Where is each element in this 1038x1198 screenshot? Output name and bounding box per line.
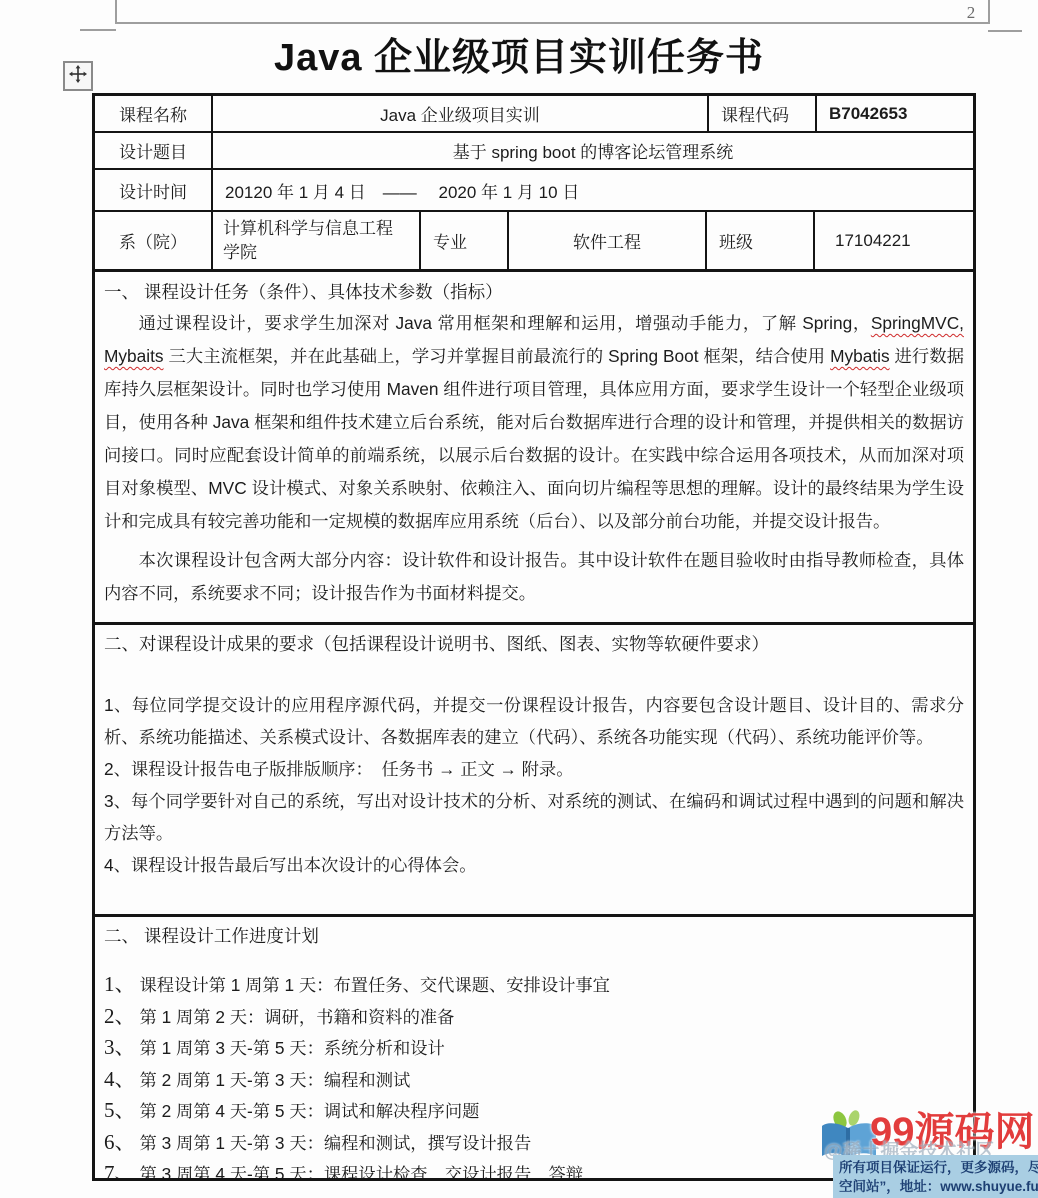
schedule-item-text: 第 1 周第 2 天：调研，书籍和资料的准备 [140,1007,455,1027]
class-label: 班级 [705,212,813,269]
schedule-item-number: 3、 [104,1035,136,1059]
schedule-item-text: 第 2 周第 1 天-第 3 天：编程和测试 [140,1070,411,1090]
watermark-block: 99源码网 @稀土掘金技术社区 所有项目保证运行，更多源码，尽在“源码 空间站”… [818,1098,1038,1198]
schedule-item-number: 5、 [104,1098,136,1122]
schedule-item-text: 第 3 周第 1 天-第 3 天：编程和测试，撰写设计报告 [140,1133,532,1153]
design-time-value: 20120 年 1 月 4 日 —— 2020 年 1 月 10 日 [211,170,973,210]
page-boundary-line-right-vertical [988,0,990,24]
schedule-item: 4、第 2 周第 1 天-第 3 天：编程和测试 [104,1064,964,1096]
page-number: 2 [956,3,986,23]
schedule-item-text: 第 3 周第 4 天-第 5 天：课程设计检查，交设计报告，答辩 [140,1164,584,1178]
course-name-value: Java 企业级项目实训 [211,96,707,131]
requirement-item: 2、课程设计报告电子版排版顺序： 任务书 → 正文 → 附录。 [104,753,964,785]
paragraph-text: 三大主流框架，并在此基础上，学习并掌握目前最流行的 Spring Boot 框架… [164,346,831,366]
section-tasks-heading: 一、 课程设计任务（条件）、具体技术参数（指标） [104,278,964,307]
design-title-row: 设计题目 基于 spring boot 的博客论坛管理系统 [95,133,973,170]
major-label: 专业 [419,212,507,269]
section-requirements-heading: 二、对课程设计成果的要求（包括课程设计说明书、图纸、图表、实物等软硬件要求） [104,630,964,659]
watermark-banner: 所有项目保证运行，更多源码，尽在“源码 空间站”，地址：www.shuyue.f… [833,1155,1038,1198]
task-book-table: 课程名称 Java 企业级项目实训 课程代码 B7042653 设计题目 基于 … [92,93,976,1181]
schedule-item-text: 第 2 周第 4 天-第 5 天：调试和解决程序问题 [140,1101,480,1121]
design-time-label: 设计时间 [95,170,211,210]
schedule-item-number: 4、 [104,1067,136,1091]
course-code-value: B7042653 [815,96,973,131]
paragraph-text: 通过课程设计，要求学生加深对 Java 常用框架和理解和运用，增强动手能力，了解… [139,313,871,333]
section-schedule-heading: 二、 课程设计工作进度计划 [104,922,964,951]
department-row: 系（院） 计算机科学与信息工程学院 专业 软件工程 班级 17104221 [95,212,973,272]
schedule-item-number: 7、 [104,1161,136,1178]
watermark-banner-line2: 空间站”，地址：www.shuyue.fun [839,1177,1038,1196]
section-tasks-paragraph-1: 通过课程设计，要求学生加深对 Java 常用框架和理解和运用，增强动手能力，了解… [104,307,964,538]
design-title-label: 设计题目 [95,133,211,168]
requirement-item: 3、每个同学要针对自己的系统，写出对设计技术的分析、对系统的测试、在编码和调试过… [104,785,964,849]
watermark-banner-line1: 所有项目保证运行，更多源码，尽在“源码 [839,1158,1038,1177]
section-requirements: 二、对课程设计成果的要求（包括课程设计说明书、图纸、图表、实物等软硬件要求） 1… [95,625,973,917]
schedule-item-text: 课程设计第 1 周第 1 天：布置任务、交代课题、安排设计事宜 [140,975,610,995]
schedule-item-number: 2、 [104,1004,136,1028]
document-title: Java 企业级项目实训任务书 [0,26,1038,81]
class-value: 17104221 [813,212,973,269]
page-boundary-line-top-horizontal [115,22,990,24]
requirement-item: 4、课程设计报告最后写出本次设计的心得体会。 [104,849,964,881]
page-boundary-line-left-vertical [115,0,117,24]
design-title-value: 基于 spring boot 的博客论坛管理系统 [211,133,973,168]
schedule-item: 3、第 1 周第 3 天-第 5 天：系统分析和设计 [104,1032,964,1064]
department-value: 计算机科学与信息工程学院 [211,212,419,269]
department-label: 系（院） [95,212,211,269]
course-name-row: 课程名称 Java 企业级项目实训 课程代码 B7042653 [95,96,973,133]
course-name-label: 课程名称 [95,96,211,131]
schedule-item-number: 6、 [104,1130,136,1154]
schedule-item-text: 第 1 周第 3 天-第 5 天：系统分析和设计 [140,1038,445,1058]
section-tasks-paragraph-2: 本次课程设计包含两大部分内容：设计软件和设计报告。其中设计软件在题目验收时由指导… [104,544,964,610]
major-value: 软件工程 [507,212,705,269]
schedule-item: 1、课程设计第 1 周第 1 天：布置任务、交代课题、安排设计事宜 [104,969,964,1001]
section-tasks: 一、 课程设计任务（条件）、具体技术参数（指标） 通过课程设计，要求学生加深对 … [95,272,973,625]
requirement-item: 1、每位同学提交设计的应用程序源代码，并提交一份课程设计报告，内容要包含设计题目… [104,689,964,753]
schedule-item: 2、第 1 周第 2 天：调研，书籍和资料的准备 [104,1001,964,1033]
paragraph-text: 进行数据库持久层框架设计。同时也学习使用 Maven 组件进行项目管理，具体应用… [104,346,964,531]
schedule-item-number: 1、 [104,972,136,996]
spellcheck-underlined-text: Mybatis [830,346,890,366]
design-time-row: 设计时间 20120 年 1 月 4 日 —— 2020 年 1 月 10 日 [95,170,973,212]
course-code-label: 课程代码 [707,96,815,131]
